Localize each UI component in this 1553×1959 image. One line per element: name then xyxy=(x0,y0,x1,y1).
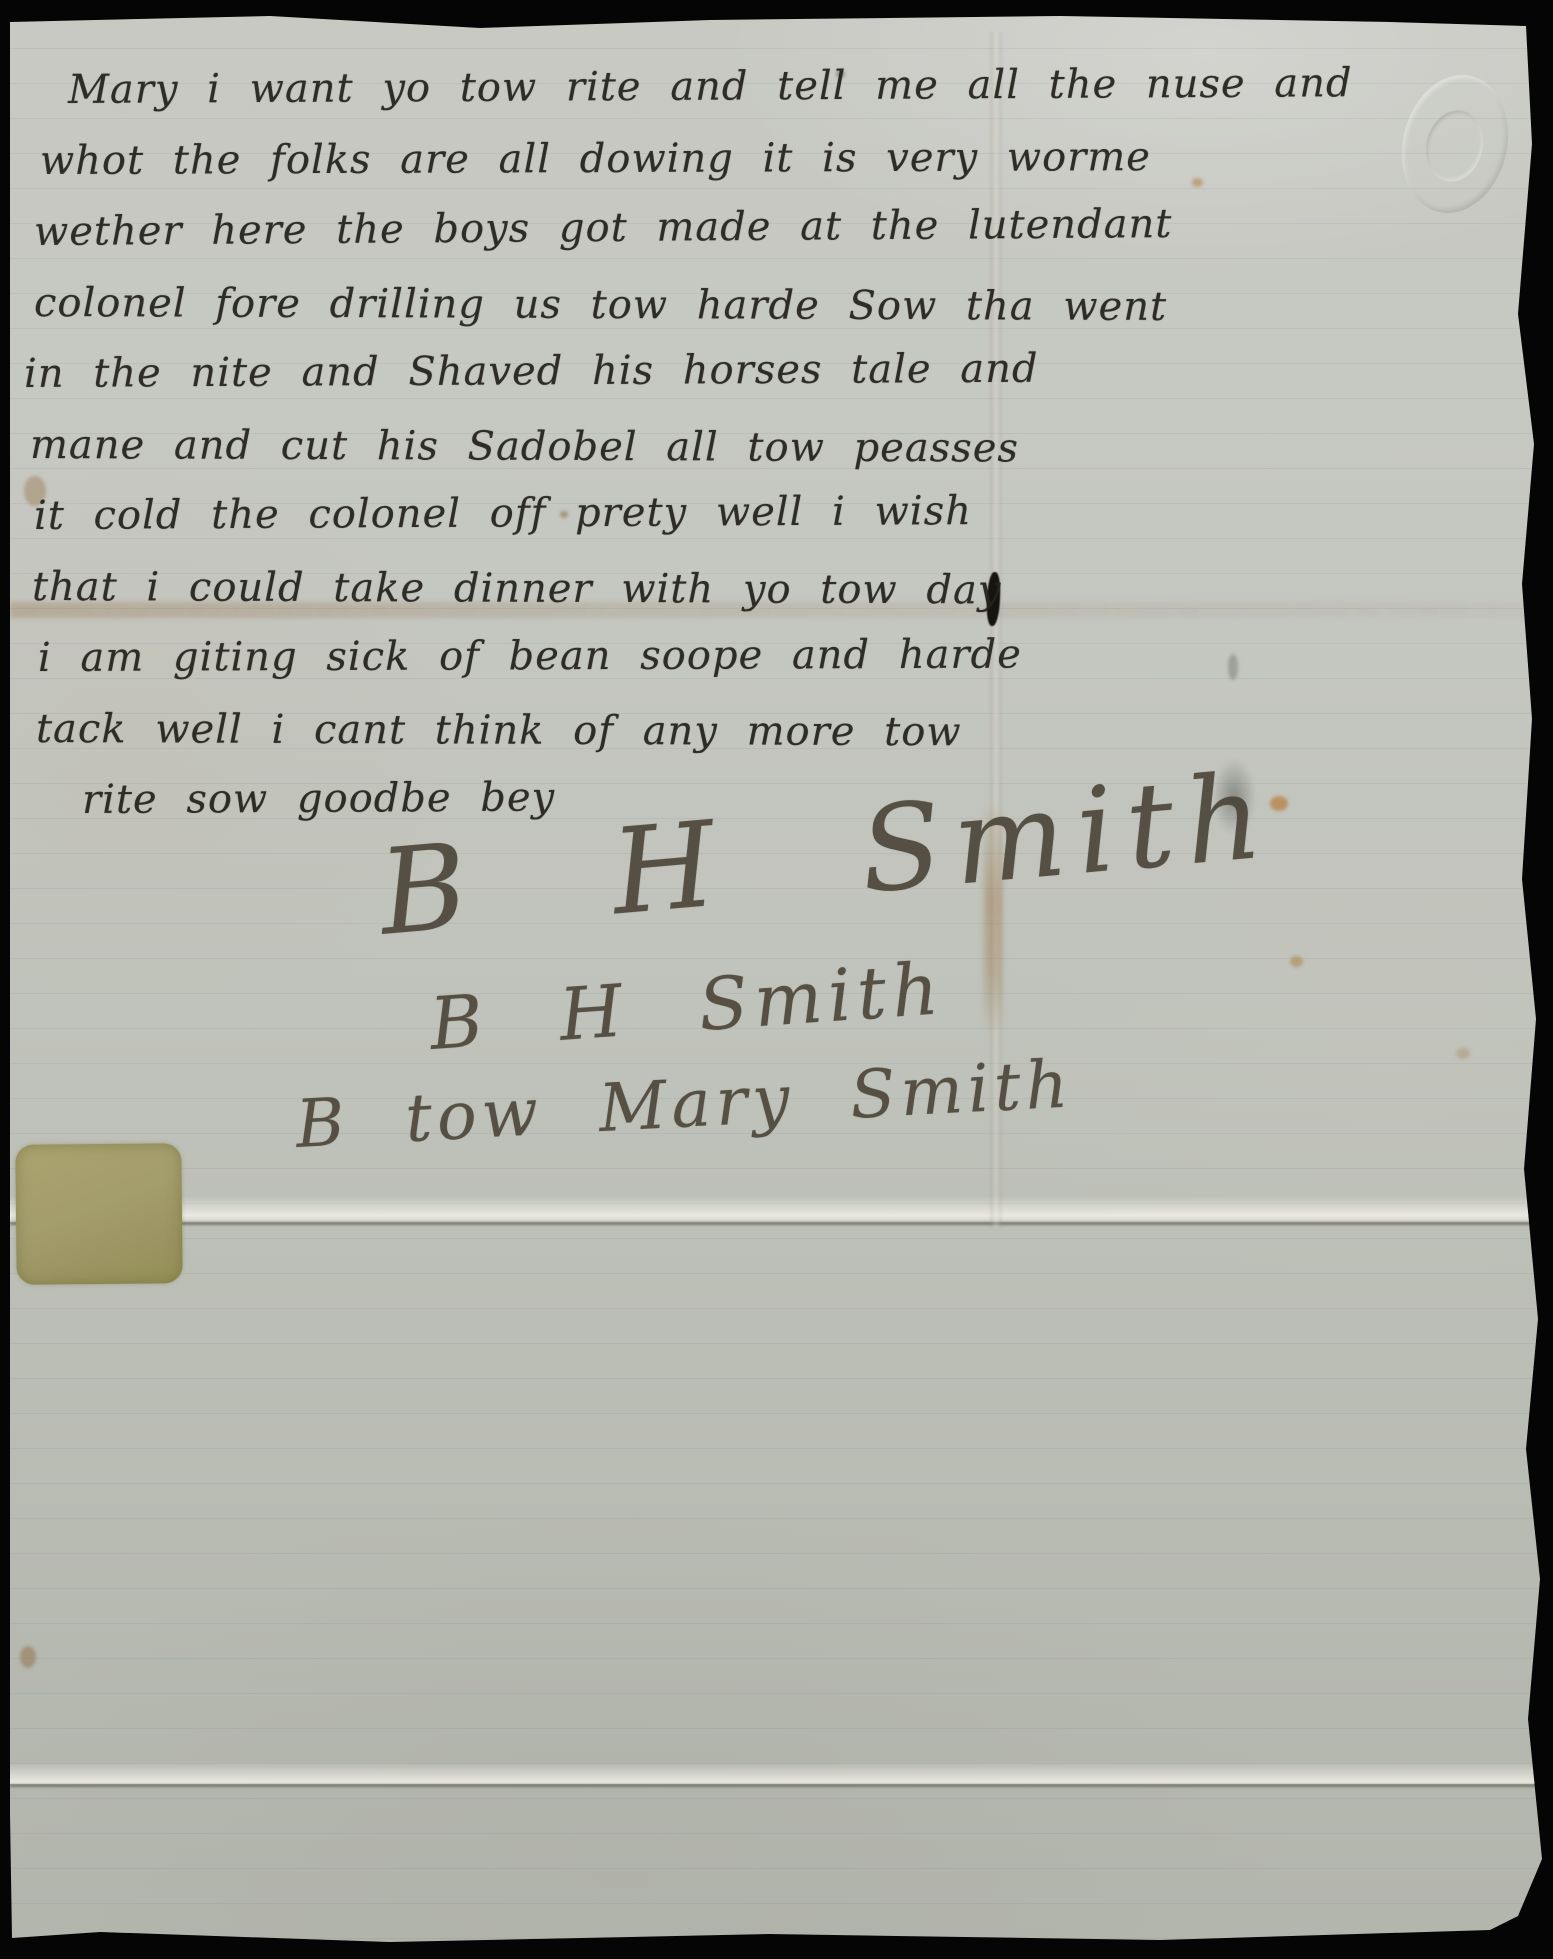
tape-residue-stain xyxy=(15,1143,182,1285)
letter-page: Mary i want yo tow rite and tell me all … xyxy=(10,14,1542,1945)
letter-line: wether here the boys got made at the lut… xyxy=(34,196,1173,260)
letter-scan: Mary i want yo tow rite and tell me all … xyxy=(0,0,1553,1959)
letter-line: whot the folks are all dowing it is very… xyxy=(40,129,1151,189)
fold-crease-horizontal-3-highlight xyxy=(10,1762,1542,1784)
letter-line: mane and cut his Sadobel all tow peasses xyxy=(30,417,1019,476)
letter-line: i am giting sick of bean soope and harde xyxy=(38,627,1022,686)
letter-line: Mary i want yo tow rite and tell me all … xyxy=(68,55,1353,118)
fold-crease-horizontal-2 xyxy=(10,1222,1542,1225)
foxing-spot xyxy=(1456,1048,1470,1059)
fold-crease-horizontal-3 xyxy=(10,1784,1542,1787)
letter-line: colonel fore drilling us tow harde Sow t… xyxy=(34,275,1167,335)
letter-line: that i could take dinner with yo tow day xyxy=(32,559,1002,618)
foxing-spot xyxy=(1192,178,1203,187)
letter-line: in the nite and Shaved his horses tale a… xyxy=(24,341,1039,402)
foxing-spot xyxy=(1290,956,1303,967)
letter-line: it cold the colonel off prety well i wis… xyxy=(34,483,972,544)
foxing-spot xyxy=(20,1646,36,1668)
letter-line: tack well i cant think of any more tow xyxy=(36,701,962,760)
foxing-spot xyxy=(1228,654,1238,680)
fold-crease-horizontal-2-highlight xyxy=(10,1196,1542,1222)
embossed-seal-crest xyxy=(1419,104,1491,187)
